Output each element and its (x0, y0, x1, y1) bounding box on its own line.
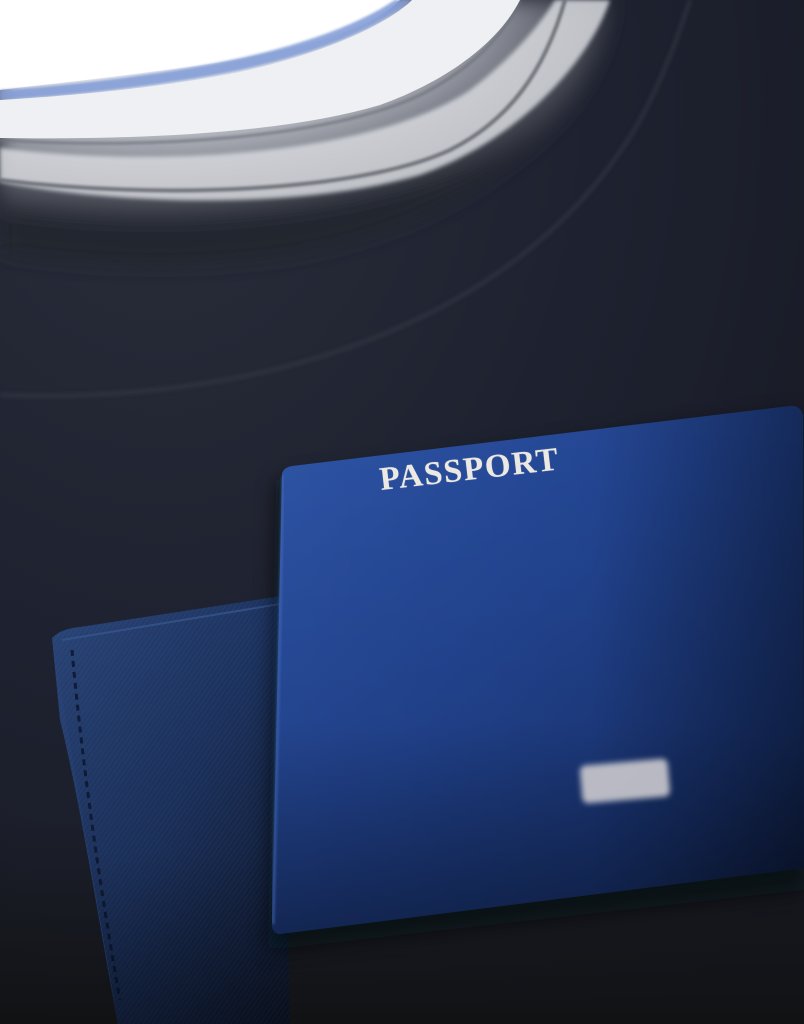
passport-shade-bottom (272, 406, 804, 934)
photo-scene: PASSPORT (0, 0, 804, 1024)
biometric-chip-icon (580, 758, 671, 804)
scene-illustration (0, 0, 804, 1024)
